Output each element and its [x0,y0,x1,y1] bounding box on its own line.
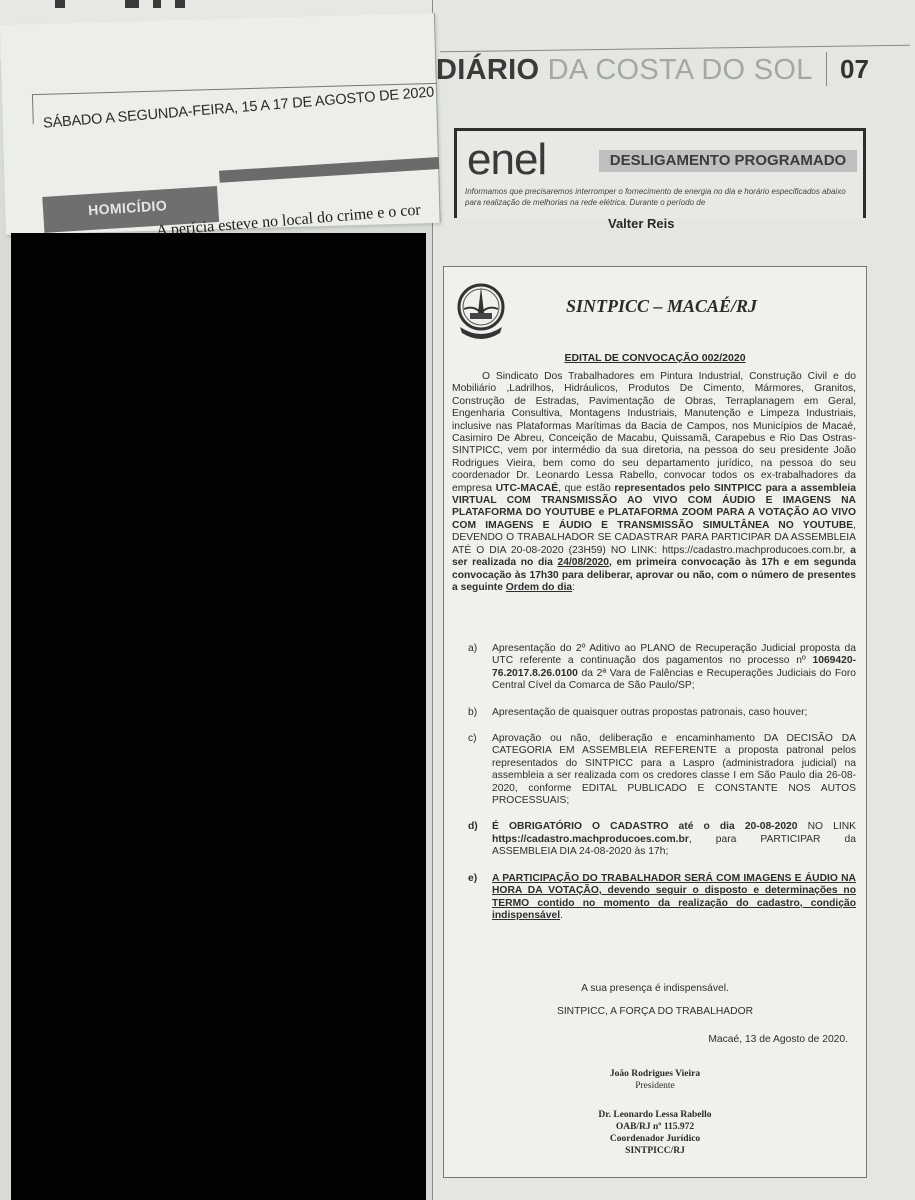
agenda-item-label: b) [468,707,477,719]
agenda-item: d) É OBRIGATÓRIO O CADASTRO até o dia 20… [452,821,856,858]
section-tag-label: HOMICÍDIO [88,197,168,218]
lawyer-name: Dr. Leonardo Lessa Rabello [444,1109,866,1121]
company-name: UTC-MACAÉ [496,483,558,494]
agenda-item: b) Apresentação de quaisquer outras prop… [452,707,856,719]
agenda-item-text: Aprovação ou não, deliberação e encaminh… [492,733,856,806]
registration-link[interactable]: https://cadastro.machproducoes.com.br [492,834,689,845]
agenda-item-text: Apresentação de quaisquer outras propost… [492,707,807,718]
union-emblem-icon [454,279,508,345]
agenda-item: e) A PARTICIPAÇÃO DO TRABALHADOR SERÁ CO… [452,873,856,923]
agenda-item: a) Apresentação do 2º Aditivo ao PLANO d… [452,643,856,693]
president-signature: João Rodrigues Vieira Presidente [444,1068,866,1092]
masthead-name-dark: DIÁRIO [436,54,539,86]
masthead-separator [826,52,827,86]
lawyer-signature: Dr. Leonardo Lessa Rabello OAB/RJ nº 115… [444,1109,866,1157]
org-title: SINTPICC – MACAÉ/RJ [566,296,757,317]
intro-text: O Sindicato Dos Trabalhadores em Pintura… [452,371,856,494]
assembly-date: 24/08/2020 [557,557,609,568]
notice-body: O Sindicato Dos Trabalhadores em Pintura… [452,371,856,594]
lawyer-org: SINTPICC/RJ [444,1145,866,1157]
enel-advertisement: enel DESLIGAMENTO PROGRAMADO Informamos … [454,128,866,218]
agenda-item-text: Apresentação do 2º Aditivo ao PLANO de R… [492,643,856,666]
union-motto: SINTPICC, A FORÇA DO TRABALHADOR [444,1006,866,1017]
section-rule [219,157,439,183]
convocation-notice: SINTPICC – MACAÉ/RJ EDITAL DE CONVOCAÇÃO… [443,266,867,1178]
enel-ad-title: DESLIGAMENTO PROGRAMADO [599,150,857,172]
agenda-item-label: c) [468,733,477,745]
edital-title: EDITAL DE CONVOCAÇÃO 002/2020 [444,352,866,364]
left-newspaper-clipping: SÁBADO A SEGUNDA-FEIRA, 15 A 17 DE AGOST… [0,13,441,235]
headline-fragment [55,0,275,8]
enel-logo: enel [467,135,546,185]
lawyer-oab: OAB/RJ nº 115.972 [444,1121,866,1133]
agenda-item-label: e) [468,873,477,885]
enel-ad-text: Informamos que precisaremos interromper … [465,186,860,208]
president-name: João Rodrigues Vieira [444,1068,866,1080]
agenda-item-label: d) [468,821,478,833]
presence-note: A sua presença é indispensável. [444,983,866,994]
president-role: Presidente [444,1080,866,1092]
photo-credit: Valter Reis [608,216,675,231]
agenda-item-text: NO LINK [798,821,857,832]
intro-text-2: , que estão [558,483,614,494]
agenda-item: c) Aprovação ou não, deliberação e encam… [452,733,856,807]
lawyer-role: Coordenador Jurídico [444,1133,866,1145]
page-number: 07 [840,54,869,85]
intro-end: : [572,582,575,593]
agenda-item-end: . [560,910,563,921]
place-and-date: Macaé, 13 de Agosto de 2020. [708,1034,848,1045]
agenda-label: Ordem do dia [506,582,572,593]
newspaper-masthead: DIÁRIO DA COSTA DO SOL [436,54,813,87]
agenda-list: a) Apresentação do 2º Aditivo ao PLANO d… [452,643,856,936]
redaction-block [11,233,426,1200]
agenda-item-label: a) [468,643,477,655]
masthead-name-light: DA COSTA DO SOL [548,54,813,86]
registration-deadline: É OBRIGATÓRIO O CADASTRO até o dia 20-08… [492,821,798,832]
participation-requirement: A PARTICIPAÇÃO DO TRABALHADOR SERÁ COM I… [492,873,856,921]
